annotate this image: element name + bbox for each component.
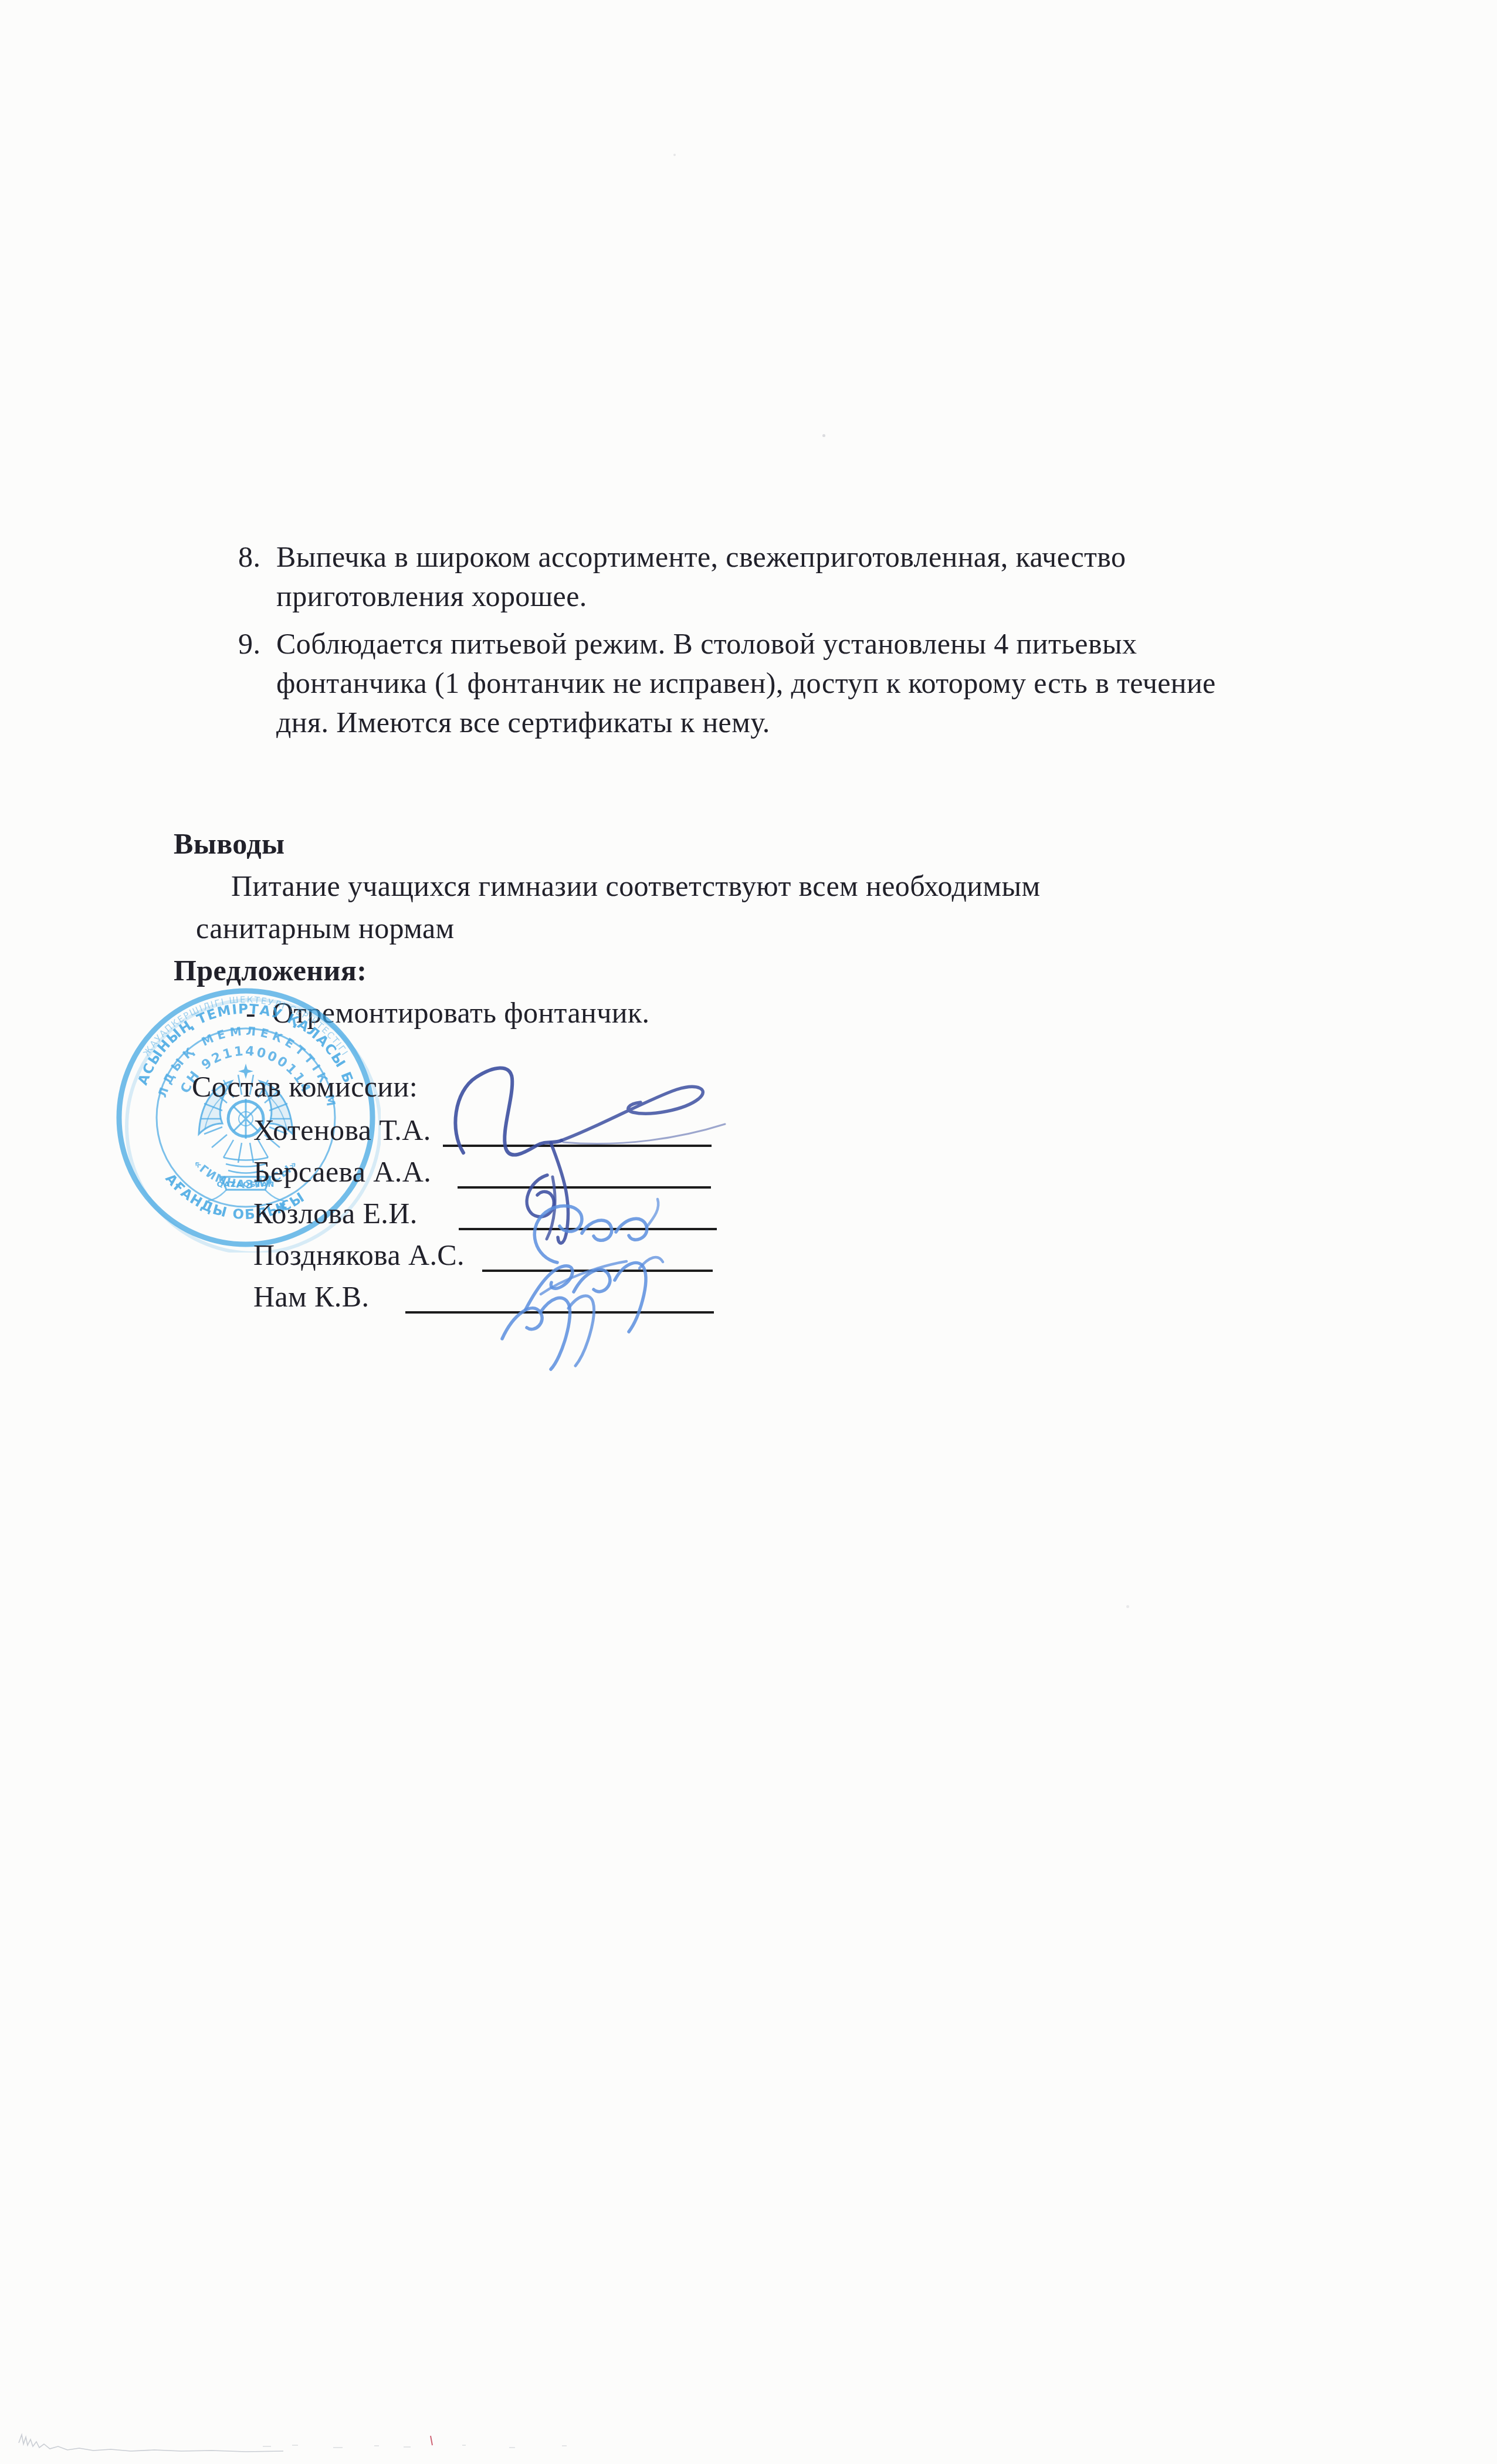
signature-line xyxy=(405,1285,714,1314)
commission-member-row: Козлова Е.И. xyxy=(253,1192,717,1234)
commission-member-row: Хотенова Т.А. xyxy=(253,1109,717,1150)
dust-speck xyxy=(1126,1605,1129,1608)
proposals-heading: Предложения: xyxy=(174,949,1206,991)
scan-noise-artifact xyxy=(16,2430,603,2453)
numbered-list: 8. Выпечка в широком ассортименте, свеже… xyxy=(238,537,1271,750)
member-name: Козлова Е.И. xyxy=(253,1197,418,1230)
proposal-item: - Отремонтировать фонтанчик. xyxy=(246,991,1206,1034)
commission-heading: Состав комиссии: xyxy=(192,1065,717,1108)
member-name: Позднякова А.С. xyxy=(253,1238,465,1271)
commission-member-row: Берсаева А.А. xyxy=(253,1150,717,1192)
list-item-number: 9. xyxy=(238,624,276,742)
signature-line xyxy=(482,1244,713,1272)
conclusions-section: Выводы Питание учащихся гимназии соответ… xyxy=(174,823,1206,1034)
list-item-8: 8. Выпечка в широком ассортименте, свеже… xyxy=(238,537,1271,616)
commission-member-row: Нам К.В. xyxy=(253,1275,717,1317)
conclusions-heading: Выводы xyxy=(174,823,1206,865)
dust-speck xyxy=(673,154,676,156)
proposal-dash: - xyxy=(246,991,256,1034)
member-name: Берсаева А.А. xyxy=(253,1155,431,1188)
proposal-text: Отремонтировать фонтанчик. xyxy=(272,991,649,1034)
list-item-9: 9. Соблюдается питьевой режим. В столово… xyxy=(238,624,1271,742)
scanned-document-page: 8. Выпечка в широком ассортименте, свеже… xyxy=(0,0,1497,2464)
list-item-text: Соблюдается питьевой режим. В столовой у… xyxy=(276,624,1241,742)
signature-line xyxy=(459,1202,717,1230)
dust-speck xyxy=(822,434,825,437)
commission-section: Состав комиссии: Хотенова Т.А. Берсаева … xyxy=(192,1065,717,1317)
signature-line xyxy=(443,1119,712,1147)
list-item-text: Выпечка в широком ассортименте, свежепри… xyxy=(276,537,1241,616)
commission-member-row: Позднякова А.С. xyxy=(253,1234,717,1275)
member-name: Нам К.В. xyxy=(253,1280,369,1313)
member-name: Хотенова Т.А. xyxy=(253,1113,431,1146)
signature-line xyxy=(458,1160,711,1189)
conclusions-body: Питание учащихся гимназии соответствуют … xyxy=(196,865,1158,949)
list-item-number: 8. xyxy=(238,537,276,616)
